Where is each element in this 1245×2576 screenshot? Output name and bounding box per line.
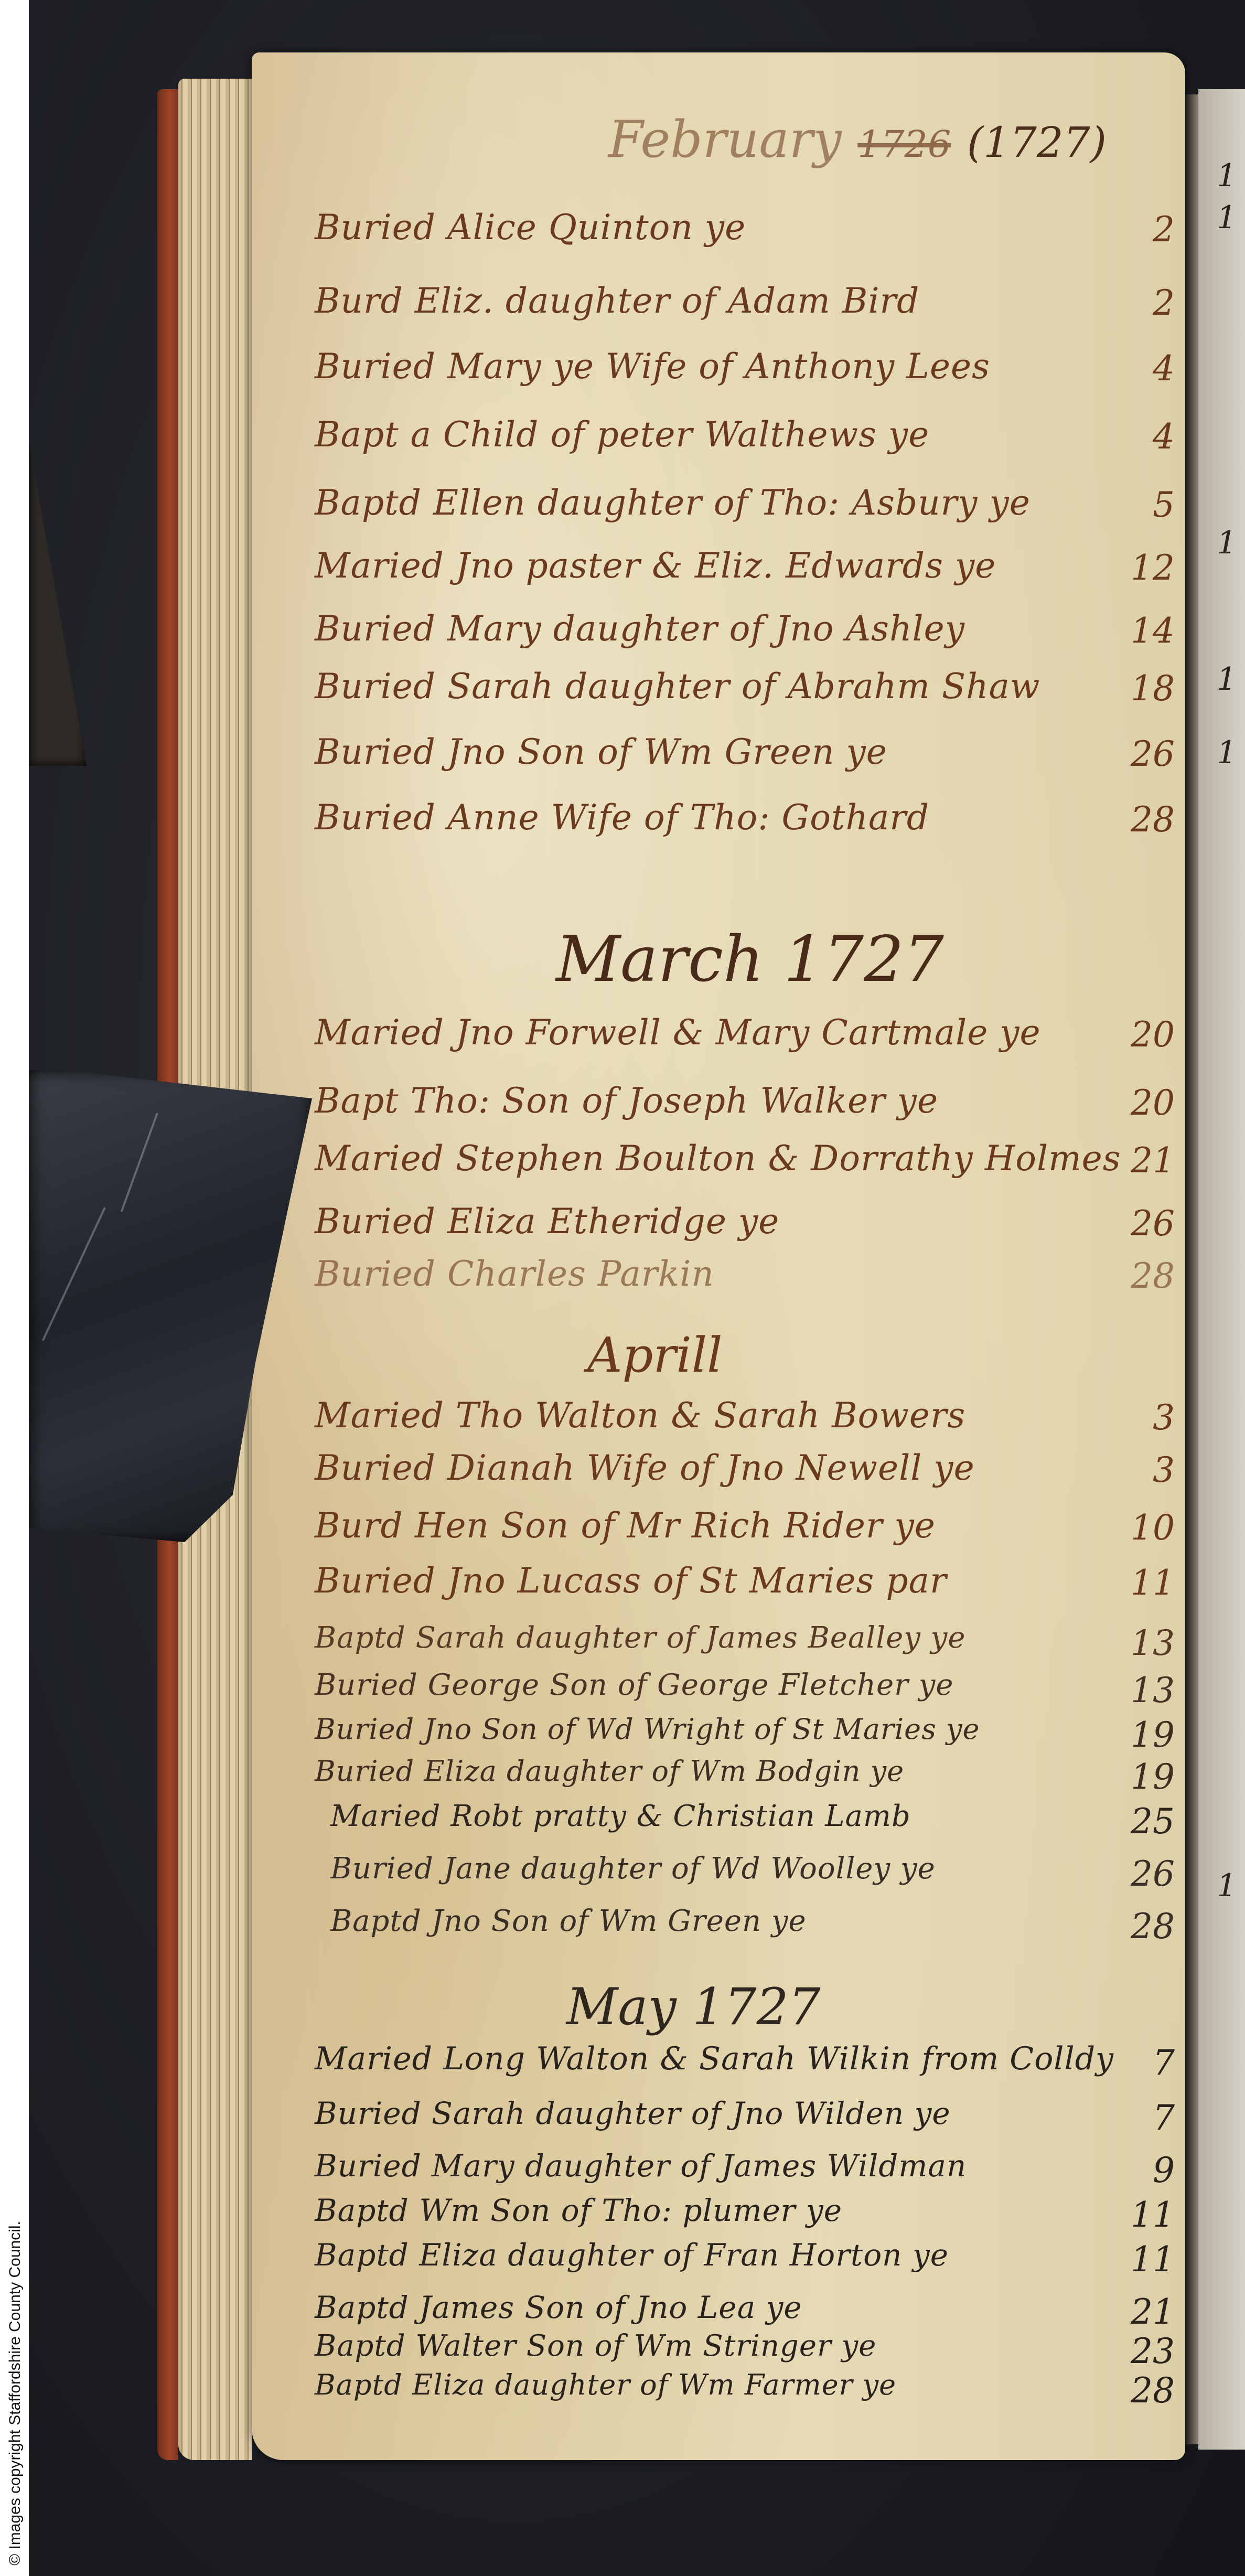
entry-day: 26 xyxy=(1131,1203,1175,1244)
entry-text: Buried Alice Quinton ye xyxy=(315,207,746,248)
register-entry: Buried Dianah Wife of Jno Newell ye 3 xyxy=(315,1448,1133,1500)
entry-text: Maried Jno Forwell & Mary Cartmale ye xyxy=(315,1012,1041,1053)
entry-text: Buried Eliza Etheridge ye xyxy=(315,1201,779,1242)
entry-text: Maried Long Walton & Sarah Wilkin from C… xyxy=(315,2040,1114,2077)
register-entry: Baptd Sarah daughter of James Bealley ye… xyxy=(315,1621,1133,1673)
heading-month: February xyxy=(608,110,842,169)
entry-text: Baptd Eliza daughter of Fran Horton ye xyxy=(315,2237,949,2273)
entry-day: 10 xyxy=(1131,1508,1175,1548)
entry-text: Buried Anne Wife of Tho: Gothard xyxy=(315,797,929,838)
register-entry: Bapt Tho: Son of Joseph Walker ye 20 xyxy=(315,1081,1133,1133)
entry-day: 28 xyxy=(1131,1256,1175,1296)
entry-day: 28 xyxy=(1131,2370,1175,2411)
register-entry: Buried Eliza Etheridge ye 26 xyxy=(315,1201,1133,1254)
entry-day: 4 xyxy=(1153,348,1175,389)
entry-text: Baptd Jno Son of Wm Green ye xyxy=(330,1904,807,1938)
entry-day: 21 xyxy=(1131,1140,1175,1181)
entry-text: Buried Dianah Wife of Jno Newell ye xyxy=(315,1448,975,1488)
register-entry: Baptd Jno Son of Wm Green ye 28 xyxy=(315,1904,1133,1957)
entry-day: 19 xyxy=(1131,1757,1175,1797)
register-entry: Buried Sarah daughter of Abrahm Shaw 18 xyxy=(315,666,1133,719)
entry-day: 14 xyxy=(1131,611,1175,651)
entry-text: Buried Sarah daughter of Jno Wilden ye xyxy=(315,2096,951,2131)
entry-day: 23 xyxy=(1131,2331,1175,2371)
register-entry: Maried Stephen Boulton & Dorrathy Holmes… xyxy=(315,1138,1133,1191)
entry-text: Buried Jno Son of Wm Green ye xyxy=(315,732,887,772)
section-heading-may: May 1727 xyxy=(566,1978,821,2036)
register-entry: Baptd Eliza daughter of Fran Horton ye 1… xyxy=(315,2237,1133,2290)
register-entry: Buried Alice Quinton ye 2 xyxy=(315,207,1133,260)
register-entry: Buried Jno Son of Wm Green ye 26 xyxy=(315,732,1133,784)
register-entry: Maried Robt pratty & Christian Lamb 25 xyxy=(315,1799,1133,1852)
register-entry: Burd Eliz. daughter of Adam Bird 2 xyxy=(315,281,1133,333)
entry-day: 26 xyxy=(1131,734,1175,774)
copyright-notice: © Images copyright Staffordshire County … xyxy=(6,2221,24,2566)
entry-day: 7 xyxy=(1153,2043,1175,2083)
facing-page-mark: 1 xyxy=(1217,525,1237,561)
entry-text: Baptd Ellen daughter of Tho: Asbury ye xyxy=(315,483,1031,523)
entry-day: 20 xyxy=(1131,1083,1175,1123)
entry-text: Bapt Tho: Son of Joseph Walker ye xyxy=(315,1081,938,1121)
register-entry: Buried Sarah daughter of Jno Wilden ye 7 xyxy=(315,2096,1133,2148)
facing-page-mark: 1 xyxy=(1217,734,1237,771)
entry-text: Buried Jane daughter of Wd Woolley ye xyxy=(330,1852,936,1886)
entry-text: Buried Mary ye Wife of Anthony Lees xyxy=(315,346,990,387)
entry-text: Maried Robt pratty & Christian Lamb xyxy=(330,1799,911,1833)
entry-text: Burd Hen Son of Mr Rich Rider ye xyxy=(315,1505,936,1546)
entry-text: Buried Charles Parkin xyxy=(315,1254,714,1294)
entry-day: 13 xyxy=(1131,1623,1175,1663)
register-entry: Bapt a Child of peter Walthews ye 4 xyxy=(315,414,1133,467)
facing-page-mark: 1 xyxy=(1217,1867,1237,1904)
entry-day: 13 xyxy=(1131,1670,1175,1711)
entry-text: Baptd Eliza daughter of Wm Farmer ye xyxy=(315,2368,896,2401)
entry-text: Maried Jno paster & Eliz. Edwards ye xyxy=(315,546,996,586)
register-entry: Burd Hen Son of Mr Rich Rider ye 10 xyxy=(315,1505,1133,1558)
entry-day: 7 xyxy=(1153,2098,1175,2138)
copyright-strip: © Images copyright Staffordshire County … xyxy=(0,0,29,2576)
register-entry: Buried Anne Wife of Tho: Gothard 28 xyxy=(315,797,1133,850)
entry-day: 18 xyxy=(1131,668,1175,709)
section-heading-april: Aprill xyxy=(587,1327,723,1383)
entry-day: 2 xyxy=(1153,209,1175,250)
register-entry: Maried Tho Walton & Sarah Bowers 3 xyxy=(315,1395,1133,1448)
section-heading-march: March 1727 xyxy=(556,923,944,996)
entry-day: 21 xyxy=(1131,2292,1175,2332)
entry-day: 28 xyxy=(1131,799,1175,840)
register-entry: Maried Long Walton & Sarah Wilkin from C… xyxy=(315,2040,1133,2093)
register-entry: Maried Jno paster & Eliz. Edwards ye 12 xyxy=(315,546,1133,598)
heading-year: (1727) xyxy=(967,118,1107,167)
facing-page-mark: 1 xyxy=(1217,199,1237,236)
entry-day: 19 xyxy=(1131,1715,1175,1755)
section-heading-february: February 1726 (1727) xyxy=(608,110,1107,169)
entry-day: 25 xyxy=(1131,1801,1175,1842)
register-entry: Buried Mary ye Wife of Anthony Lees 4 xyxy=(315,346,1133,399)
entry-text: Bapt a Child of peter Walthews ye xyxy=(315,414,929,455)
entry-day: 5 xyxy=(1153,485,1175,525)
entry-text: Baptd Walter Son of Wm Stringer ye xyxy=(315,2329,876,2363)
facing-page-mark: 1 xyxy=(1217,661,1237,698)
register-entry: Baptd Eliza daughter of Wm Farmer ye 28 xyxy=(315,2368,1133,2421)
register-entry: Buried Jno Lucass of St Maries par 11 xyxy=(315,1560,1133,1613)
entry-day: 9 xyxy=(1153,2150,1175,2190)
entry-text: Buried Jno Son of Wd Wright of St Maries… xyxy=(315,1713,980,1746)
entry-text: Buried George Son of George Fletcher ye xyxy=(315,1668,954,1702)
entry-text: Buried Jno Lucass of St Maries par xyxy=(315,1560,947,1601)
entry-day: 28 xyxy=(1131,1906,1175,1947)
entry-text: Maried Stephen Boulton & Dorrathy Holmes xyxy=(315,1138,1121,1179)
entry-text: Buried Sarah daughter of Abrahm Shaw xyxy=(315,666,1040,707)
entry-day: 20 xyxy=(1131,1014,1175,1055)
entry-day: 2 xyxy=(1153,283,1175,323)
entry-text: Buried Mary daughter of Jno Ashley xyxy=(315,608,965,649)
register-entry: Buried Mary daughter of Jno Ashley 14 xyxy=(315,608,1133,661)
entry-day: 11 xyxy=(1131,1563,1175,1603)
entry-day: 3 xyxy=(1153,1450,1175,1490)
register-entry: Buried Jane daughter of Wd Woolley ye 26 xyxy=(315,1852,1133,1904)
facing-page-mark: 1 xyxy=(1217,157,1237,194)
entry-text: Maried Tho Walton & Sarah Bowers xyxy=(315,1395,965,1436)
entry-text: Baptd James Son of Jno Lea ye xyxy=(315,2290,802,2325)
entry-text: Buried Eliza daughter of Wm Bodgin ye xyxy=(315,1755,904,1788)
heading-struck-year: 1726 xyxy=(857,123,951,166)
register-entry: Baptd Ellen daughter of Tho: Asbury ye 5 xyxy=(315,483,1133,535)
entry-day: 26 xyxy=(1131,1854,1175,1894)
register-entry: Maried Jno Forwell & Mary Cartmale ye 20 xyxy=(315,1012,1133,1065)
entry-text: Baptd Sarah daughter of James Bealley ye xyxy=(315,1621,965,1655)
entry-day: 11 xyxy=(1131,2195,1175,2235)
entry-text: Baptd Wm Son of Tho: plumer ye xyxy=(315,2193,842,2228)
entry-text: Burd Eliz. daughter of Adam Bird xyxy=(315,281,919,321)
entry-day: 4 xyxy=(1153,416,1175,457)
register-entry: Buried Charles Parkin 28 xyxy=(315,1254,1133,1306)
entry-day: 3 xyxy=(1153,1397,1175,1438)
entry-day: 11 xyxy=(1131,2239,1175,2280)
facing-page xyxy=(1198,89,1245,2450)
entry-text: Buried Mary daughter of James Wildman xyxy=(315,2148,967,2184)
entry-day: 12 xyxy=(1131,548,1175,588)
